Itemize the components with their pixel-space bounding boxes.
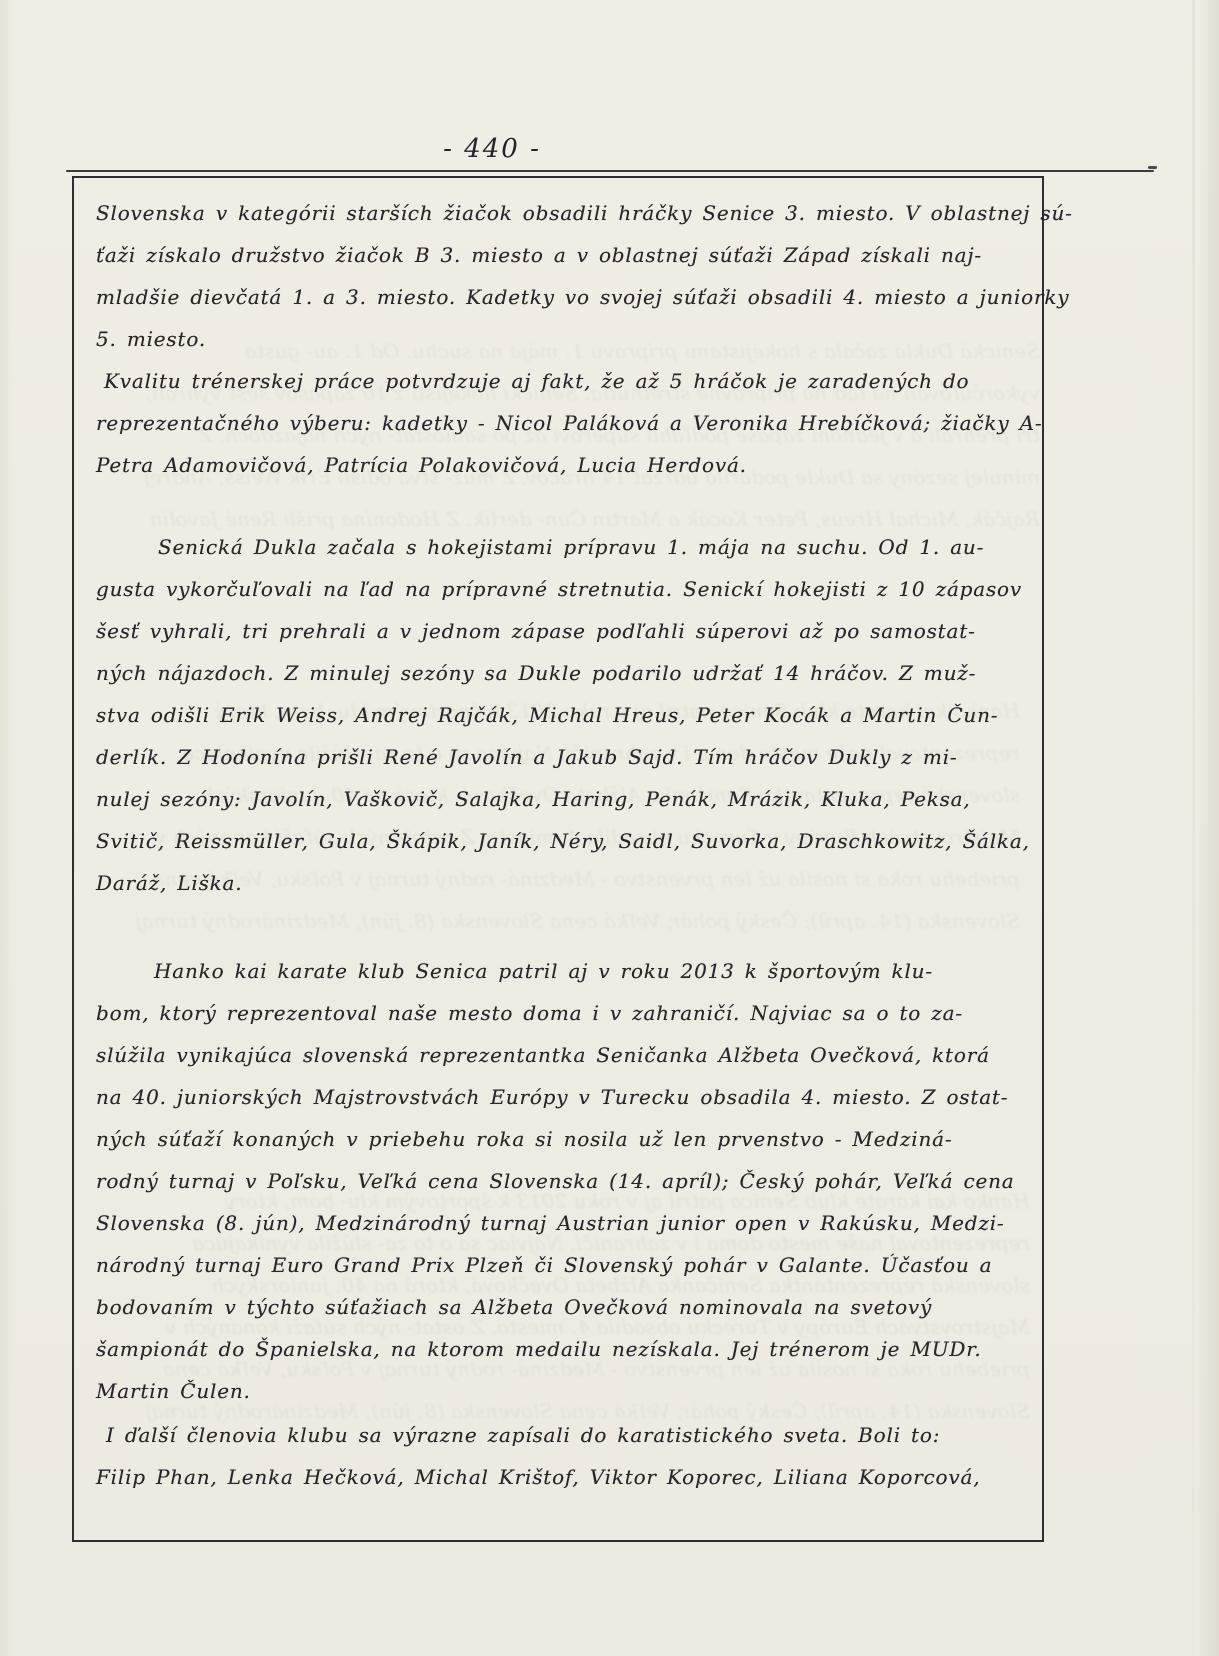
paragraph: I ďalší členovia klubu sa výrazne zapísa… xyxy=(96,1414,1020,1498)
text-line: ných súťaží konaných v priebehu roka si … xyxy=(96,1118,1020,1160)
scan-crease xyxy=(1192,0,1195,1656)
text-line: šampionát do Španielska, na ktorom medai… xyxy=(96,1328,1020,1370)
paragraph: Slovenska v kategórii starších žiačok ob… xyxy=(96,192,1020,360)
text-line: nulej sezóny: Javolín, Vaškovič, Salajka… xyxy=(96,778,1020,820)
header-rule-tick xyxy=(1148,166,1157,169)
scanned-chronicle-page: { "page_number": "- 440 -", "ink_color":… xyxy=(0,0,1219,1656)
text-line: šesť vyhrali, tri prehrali a v jednom zá… xyxy=(96,610,1020,652)
text-line: Senická Dukla začala s hokejistami prípr… xyxy=(96,526,1020,568)
text-line: 5. miesto. xyxy=(96,318,1020,360)
text-line: národný turnaj Euro Grand Prix Plzeň či … xyxy=(96,1244,1020,1286)
text-line: gusta vykorčuľovali na ľad na prípravné … xyxy=(96,568,1020,610)
text-line: reprezentačného výberu: kadetky - Nicol … xyxy=(96,402,1020,444)
text-line: Svitič, Reissmüller, Gula, Škápik, Janík… xyxy=(96,820,1020,862)
text-line: derlík. Z Hodonína prišli René Javolín a… xyxy=(96,736,1020,778)
paragraph: Senická Dukla začala s hokejistami prípr… xyxy=(96,526,1020,904)
text-line: bodovaním v týchto súťažiach sa Alžbeta … xyxy=(96,1286,1020,1328)
text-line: Slovenska v kategórii starších žiačok ob… xyxy=(96,192,1020,234)
text-line: mladšie dievčatá 1. a 3. miesto. Kadetky… xyxy=(96,276,1020,318)
text-line: ných nájazdoch. Z minulej sezóny sa Dukl… xyxy=(96,652,1020,694)
text-line: Daráž, Liška. xyxy=(96,862,1020,904)
text-line: stva odišli Erik Weiss, Andrej Rajčák, M… xyxy=(96,694,1020,736)
manuscript-text: Slovenska v kategórii starších žiačok ob… xyxy=(74,178,1042,1540)
text-line: Filip Phan, Lenka Hečková, Michal Krišto… xyxy=(96,1456,1020,1498)
header-rule xyxy=(66,170,1154,172)
text-line: I ďalší členovia klubu sa výrazne zapísa… xyxy=(96,1414,1020,1456)
text-line: Slovenska (8. jún), Medzinárodný turnaj … xyxy=(96,1202,1020,1244)
text-line: Petra Adamovičová, Patrícia Polakovičová… xyxy=(96,444,1020,486)
page-number: - 440 - xyxy=(443,134,541,164)
text-line: na 40. juniorských Majstrovstvách Európy… xyxy=(96,1076,1020,1118)
text-line: Kvalitu trénerskej práce potvrdzuje aj f… xyxy=(96,360,1020,402)
text-line: Hanko kai karate klub Senica patril aj v… xyxy=(96,950,1020,992)
text-line: bom, ktorý reprezentoval naše mesto doma… xyxy=(96,992,1020,1034)
text-line: slúžila vynikajúca slovenská reprezentan… xyxy=(96,1034,1020,1076)
text-line: rodný turnaj v Poľsku, Veľká cena Sloven… xyxy=(96,1160,1020,1202)
paragraph: Kvalitu trénerskej práce potvrdzuje aj f… xyxy=(96,360,1020,486)
paragraph: Hanko kai karate klub Senica patril aj v… xyxy=(96,950,1020,1412)
text-line: Martin Čulen. xyxy=(96,1370,1020,1412)
text-line: ťaži získalo družstvo žiačok B 3. miesto… xyxy=(96,234,1020,276)
